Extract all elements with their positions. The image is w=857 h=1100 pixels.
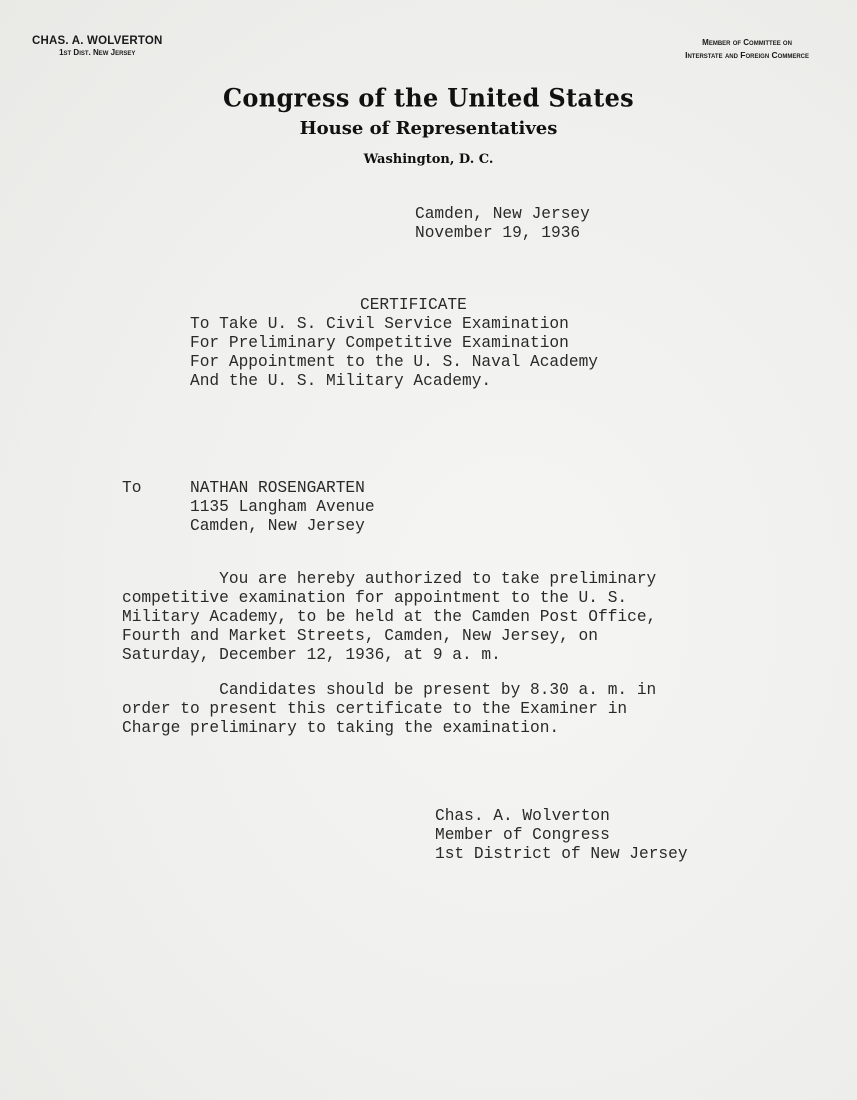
body-line: Charge preliminary to taking the examina… <box>122 719 656 738</box>
certificate-title: CERTIFICATE <box>190 296 598 315</box>
place-date: Camden, New JerseyNovember 19, 1936 <box>415 205 590 243</box>
committee-line-2: Interstate and Foreign Commerce <box>685 50 809 60</box>
body-line: Saturday, December 12, 1936, at 9 a. m. <box>122 646 656 665</box>
congressman-name: CHAS. A. WOLVERTON <box>32 35 163 47</box>
signature-block: Chas. A. WolvertonMember of Congress1st … <box>435 807 688 864</box>
place: Camden, New Jersey <box>415 205 590 224</box>
recipient-name: NATHAN ROSENGARTEN <box>190 479 375 498</box>
body-line: You are hereby authorized to take prelim… <box>122 570 656 589</box>
body-line: competitive examination for appointment … <box>122 589 656 608</box>
body-line: Candidates should be present by 8.30 a. … <box>122 681 656 700</box>
body-line: order to present this certificate to the… <box>122 700 656 719</box>
recipient-street: 1135 Langham Avenue <box>190 498 375 517</box>
signer-name: Chas. A. Wolverton <box>435 807 688 826</box>
certificate-line: For Preliminary Competitive Examination <box>190 334 598 353</box>
letterhead-title: Congress of the United States <box>0 82 857 112</box>
body-paragraph-1: You are hereby authorized to take prelim… <box>122 570 656 665</box>
letterhead-subtitle: House of Representatives <box>0 118 857 139</box>
body-paragraph-2: Candidates should be present by 8.30 a. … <box>122 681 656 738</box>
signer-title: Member of Congress <box>435 826 688 845</box>
body-line: Fourth and Market Streets, Camden, New J… <box>122 627 656 646</box>
letterhead-left: CHAS. A. WOLVERTON 1st Dist. New Jersey <box>32 35 163 57</box>
committee-line-1: Member of Committee on <box>685 38 809 47</box>
recipient-label: To <box>122 479 141 498</box>
certificate-heading: CERTIFICATETo Take U. S. Civil Service E… <box>190 296 598 391</box>
recipient-address: NATHAN ROSENGARTEN1135 Langham AvenueCam… <box>190 479 375 536</box>
recipient-city: Camden, New Jersey <box>190 517 375 536</box>
certificate-line: For Appointment to the U. S. Naval Acade… <box>190 353 598 372</box>
date: November 19, 1936 <box>415 224 590 243</box>
letter-page: CHAS. A. WOLVERTON 1st Dist. New Jersey … <box>0 0 857 1100</box>
signer-district: 1st District of New Jersey <box>435 845 688 864</box>
letterhead-right: Member of Committee on Interstate and Fo… <box>685 38 809 60</box>
congressman-district: 1st Dist. New Jersey <box>32 48 163 57</box>
certificate-line: To Take U. S. Civil Service Examination <box>190 315 598 334</box>
certificate-line: And the U. S. Military Academy. <box>190 372 598 391</box>
letterhead-location: Washington, D. C. <box>0 152 857 167</box>
body-line: Military Academy, to be held at the Camd… <box>122 608 656 627</box>
